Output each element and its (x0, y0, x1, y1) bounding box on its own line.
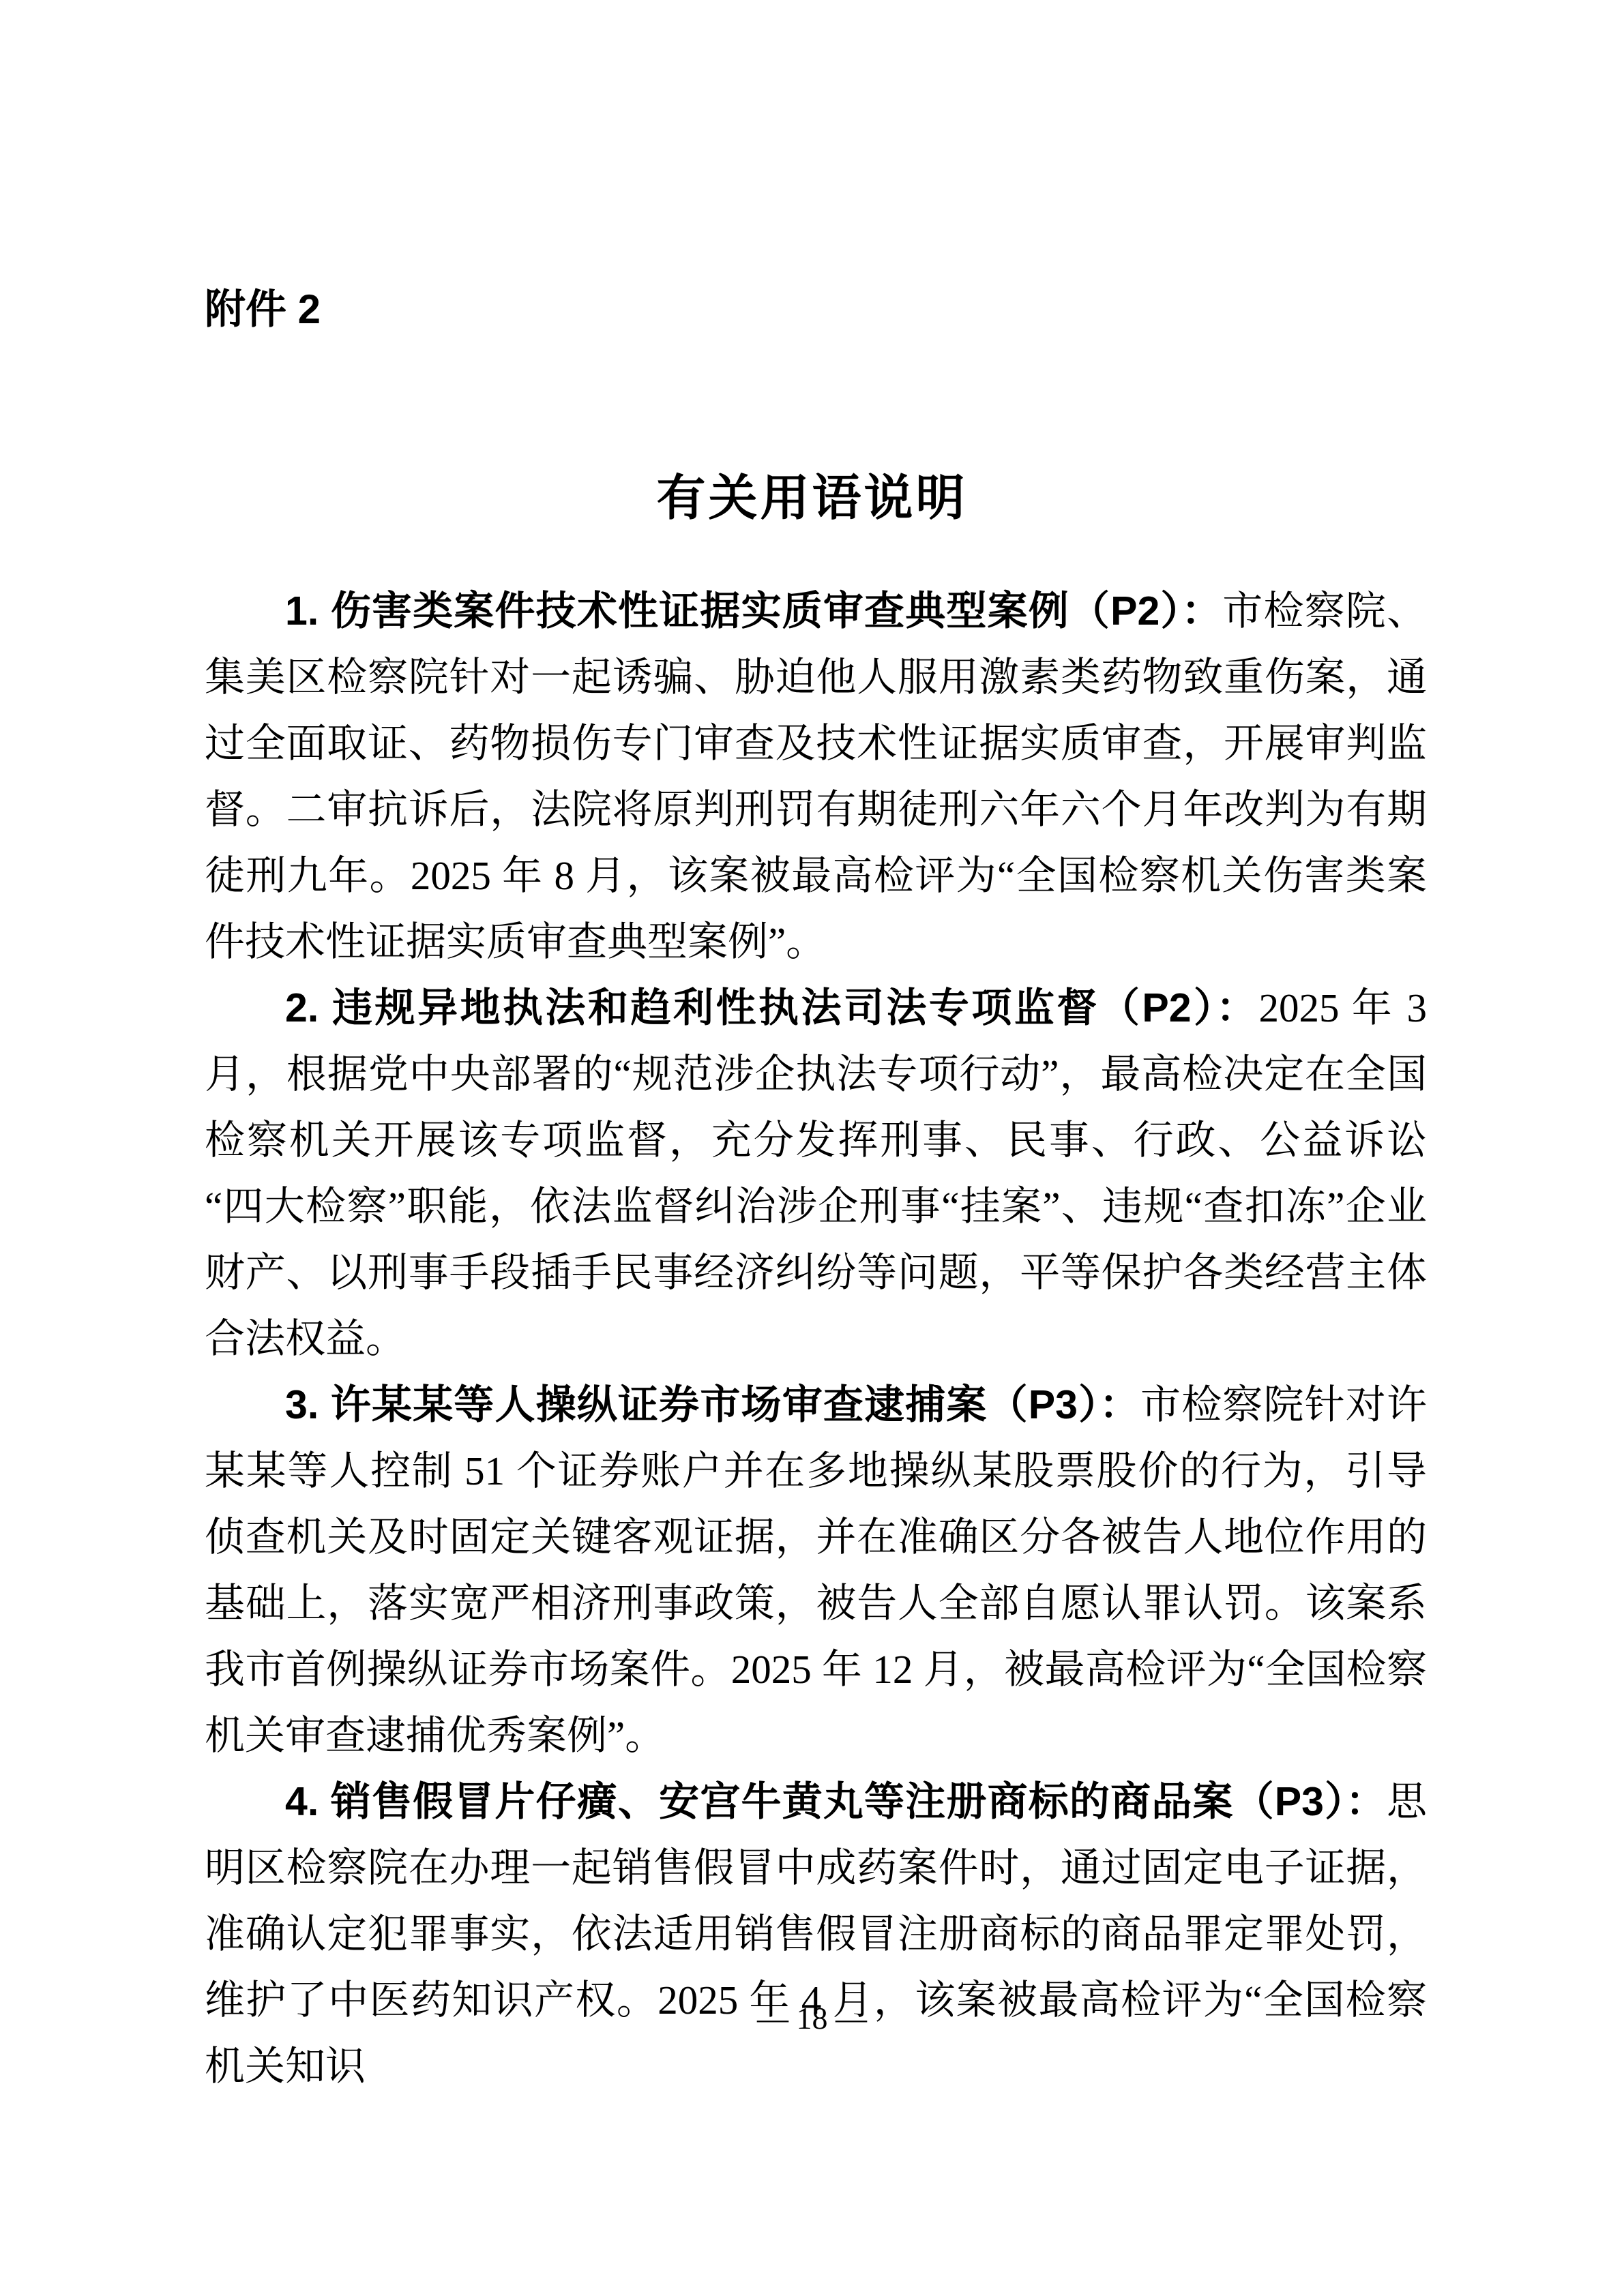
paragraph-1-text: 市检察院、集美区检察院针对一起诱骗、胁迫他人服用激素类药物致重伤案，通过全面取证… (205, 588, 1427, 964)
page-title: 有关用语说明 (0, 468, 1624, 529)
paragraph-4-text: 思明区检察院在办理一起销售假冒中成药案件时，通过固定电子证据，准确认定犯罪事实，… (205, 1779, 1427, 2089)
paragraph-4: 4. 销售假冒片仔癀、安宫牛黄丸等注册商标的商品案（P3）：思明区检察院在办理一… (205, 1769, 1427, 2100)
paragraph-3-text: 市检察院针对许某某等人控制 51 个证券账户并在多地操纵某股票股价的行为，引导侦… (205, 1382, 1427, 1758)
document-page: 附件 2 有关用语说明 1. 伤害类案件技术性证据实质审查典型案例（P2）：市检… (0, 0, 1624, 2296)
paragraph-2-heading: 2. 违规异地执法和趋利性执法司法专项监督（P2）： (285, 985, 1259, 1030)
paragraph-3: 3. 许某某等人操纵证券市场审查逮捕案（P3）：市检察院针对许某某等人控制 51… (205, 1372, 1427, 1769)
paragraph-3-heading: 3. 许某某等人操纵证券市场审查逮捕案（P3）： (285, 1382, 1140, 1427)
document-body: 1. 伤害类案件技术性证据实质审查典型案例（P2）：市检察院、集美区检察院针对一… (205, 578, 1427, 2100)
paragraph-1: 1. 伤害类案件技术性证据实质审查典型案例（P2）：市检察院、集美区检察院针对一… (205, 578, 1427, 975)
page-number: — 18 — (0, 1998, 1624, 2039)
paragraph-1-heading: 1. 伤害类案件技术性证据实质审查典型案例（P2）： (285, 588, 1222, 633)
paragraph-4-heading: 4. 销售假冒片仔癀、安宫牛黄丸等注册商标的商品案（P3）： (285, 1779, 1387, 1824)
paragraph-2-text: 2025 年 3 月，根据党中央部署的“规范涉企执法专项行动”，最高检决定在全国… (205, 985, 1427, 1361)
paragraph-2: 2. 违规异地执法和趋利性执法司法专项监督（P2）：2025 年 3 月，根据党… (205, 975, 1427, 1372)
attachment-label: 附件 2 (205, 283, 321, 336)
